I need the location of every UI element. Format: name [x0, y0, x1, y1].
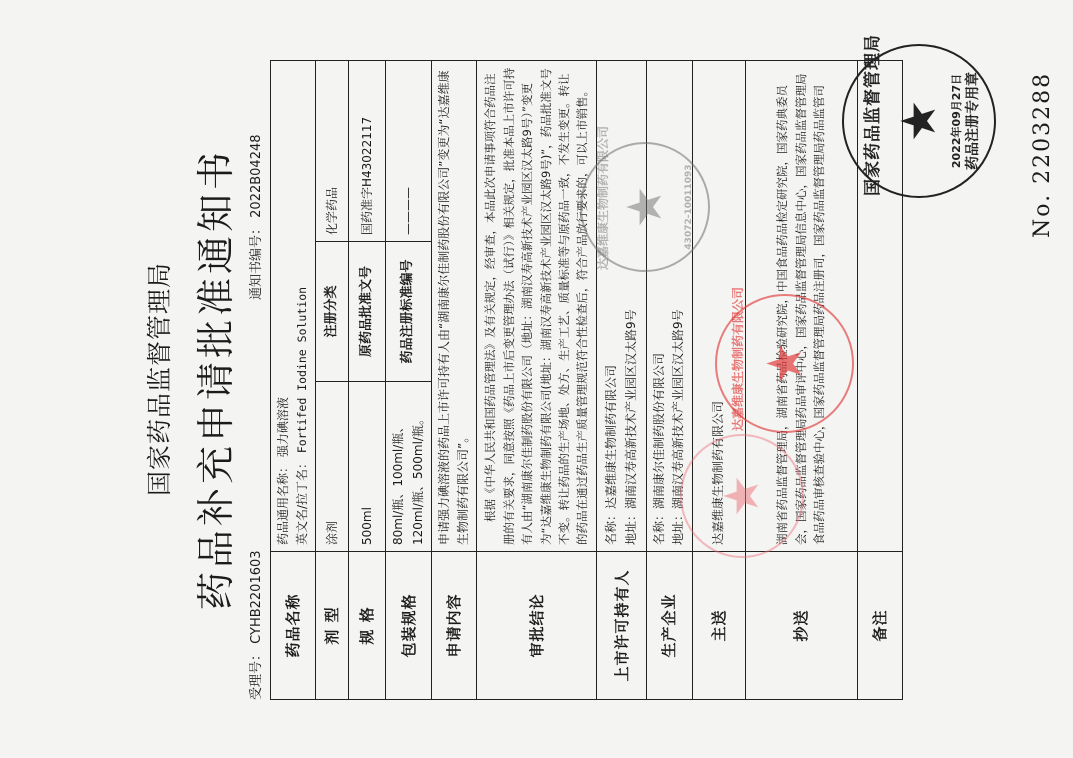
- recipient-value: 达嘉维康生物制药有限公司: [692, 61, 745, 552]
- acceptance-number-label: 受理号：: [249, 648, 264, 700]
- manufacturer-address-label: 地址：: [671, 509, 685, 545]
- label-standard-no: 药品注册标准编号: [386, 242, 431, 382]
- label-packaging: 包装规格: [386, 552, 431, 700]
- label-specification: 规 格: [349, 552, 386, 700]
- manufacturer-name-label: 名称：: [652, 509, 666, 545]
- acceptance-number-value: CYHB2201603: [249, 550, 264, 643]
- serial-number: No. 2203288: [1030, 72, 1055, 238]
- registration-class-value: 化学药品: [316, 61, 349, 242]
- notice-number-value: 2022B04248: [249, 134, 264, 217]
- seal-purpose: 药品注册专用章: [962, 46, 982, 196]
- dosage-form-value: 涂剂: [316, 382, 349, 552]
- row-dosage-form: 剂 型 涂剂 注册分类 化学药品: [316, 61, 349, 700]
- notice-number-label: 通知书编号：: [249, 222, 264, 300]
- application-value: 申请强力碘溶液的药品上市许可持有人由“湖南康尔佳制药股份有限公司”变更为“达嘉维…: [431, 61, 476, 552]
- remarks-value: [857, 61, 902, 552]
- row-application: 申请内容 申请强力碘溶液的药品上市许可持有人由“湖南康尔佳制药股份有限公司”变更…: [431, 61, 476, 700]
- cc-value: 湖南省药品监督管理局，湖南省药品检验研究院，中国食品药品检定研究院，国家药典委员…: [745, 61, 857, 552]
- label-cc: 抄送: [745, 552, 857, 700]
- row-conclusion: 审批结论 根据《中华人民共和国药品管理法》及有关规定，经审查，本品此次申请事项符…: [477, 61, 597, 700]
- approval-notice-document: 国家药品监督管理局 药品补充申请批准通知书 受理号： CYHB2201603 通…: [0, 0, 1073, 758]
- row-specification: 规 格 500ml 原药品批准文号 国药准字H43022117: [349, 61, 386, 700]
- label-drug-name: 药品名称: [271, 552, 316, 700]
- mah-address-value: 湖南汉寿高新技术产业园区汉太路9号: [624, 309, 638, 509]
- mah-address-label: 地址：: [624, 509, 638, 545]
- label-conclusion: 审批结论: [477, 552, 597, 700]
- drug-name-cell: 药品通用名称： 强力碘溶液 英文名/拉丁名： Fortifed Iodine S…: [271, 61, 316, 552]
- label-recipient: 主送: [692, 552, 745, 700]
- generic-name-label: 药品通用名称：: [276, 461, 290, 545]
- manufacturer-name-value: 湖南康尔佳制药股份有限公司: [652, 353, 666, 509]
- mah-name-label: 名称：: [604, 509, 618, 545]
- standard-no-value: ————: [386, 61, 431, 242]
- original-approval-no-value: 国药准字H43022117: [349, 61, 386, 242]
- row-drug-name: 药品名称 药品通用名称： 强力碘溶液 英文名/拉丁名： Fortifed Iod…: [271, 61, 316, 700]
- document-title: 药品补充申请批准通知书: [185, 0, 240, 758]
- issuing-agency: 国家药品监督管理局: [140, 0, 176, 758]
- english-name-label: 英文名/拉丁名：: [295, 457, 309, 545]
- row-mah: 上市许可持有人 名称：达嘉维康生物制药有限公司 地址：湖南汉寿高新技术产业园区汉…: [597, 61, 647, 700]
- manufacturer-cell: 名称：湖南康尔佳制药股份有限公司 地址：湖南汉寿高新技术产业园区汉太路9号: [647, 61, 692, 552]
- approval-table: 药品名称 药品通用名称： 强力碘溶液 英文名/拉丁名： Fortifed Iod…: [270, 60, 903, 700]
- packaging-value: 80ml/瓶、100ml/瓶、120ml/瓶、500ml/瓶。: [386, 382, 431, 552]
- specification-value: 500ml: [349, 382, 386, 552]
- label-manufacturer: 生产企业: [647, 552, 692, 700]
- row-cc: 抄送 湖南省药品监督管理局，湖南省药品检验研究院，中国食品药品检定研究院，国家药…: [745, 61, 857, 700]
- mah-name-value: 达嘉维康生物制药有限公司: [604, 365, 618, 509]
- row-manufacturer: 生产企业 名称：湖南康尔佳制药股份有限公司 地址：湖南汉寿高新技术产业园区汉太路…: [647, 61, 692, 700]
- manufacturer-address-value: 湖南汉寿高新技术产业园区汉太路9号: [671, 309, 685, 509]
- row-recipient: 主送 达嘉维康生物制药有限公司: [692, 61, 745, 700]
- label-mah: 上市许可持有人: [597, 552, 647, 700]
- row-packaging: 包装规格 80ml/瓶、100ml/瓶、120ml/瓶、500ml/瓶。 药品注…: [386, 61, 431, 700]
- label-application: 申请内容: [431, 552, 476, 700]
- english-name-value: Fortifed Iodine Solution: [295, 287, 309, 453]
- label-dosage-form: 剂 型: [316, 552, 349, 700]
- conclusion-value: 根据《中华人民共和国药品管理法》及有关规定，经审查，本品此次申请事项符合药品注册…: [477, 61, 597, 552]
- label-original-approval-no: 原药品批准文号: [349, 242, 386, 382]
- row-remarks: 备注: [857, 61, 902, 700]
- notice-number: 通知书编号： 2022B04248: [245, 134, 264, 300]
- label-registration-class: 注册分类: [316, 242, 349, 382]
- mah-cell: 名称：达嘉维康生物制药有限公司 地址：湖南汉寿高新技术产业园区汉太路9号: [597, 61, 647, 552]
- acceptance-number: 受理号： CYHB2201603: [245, 550, 264, 700]
- label-remarks: 备注: [857, 552, 902, 700]
- seal-date: 2022年09月27日: [948, 46, 964, 196]
- generic-name-value: 强力碘溶液: [276, 397, 290, 457]
